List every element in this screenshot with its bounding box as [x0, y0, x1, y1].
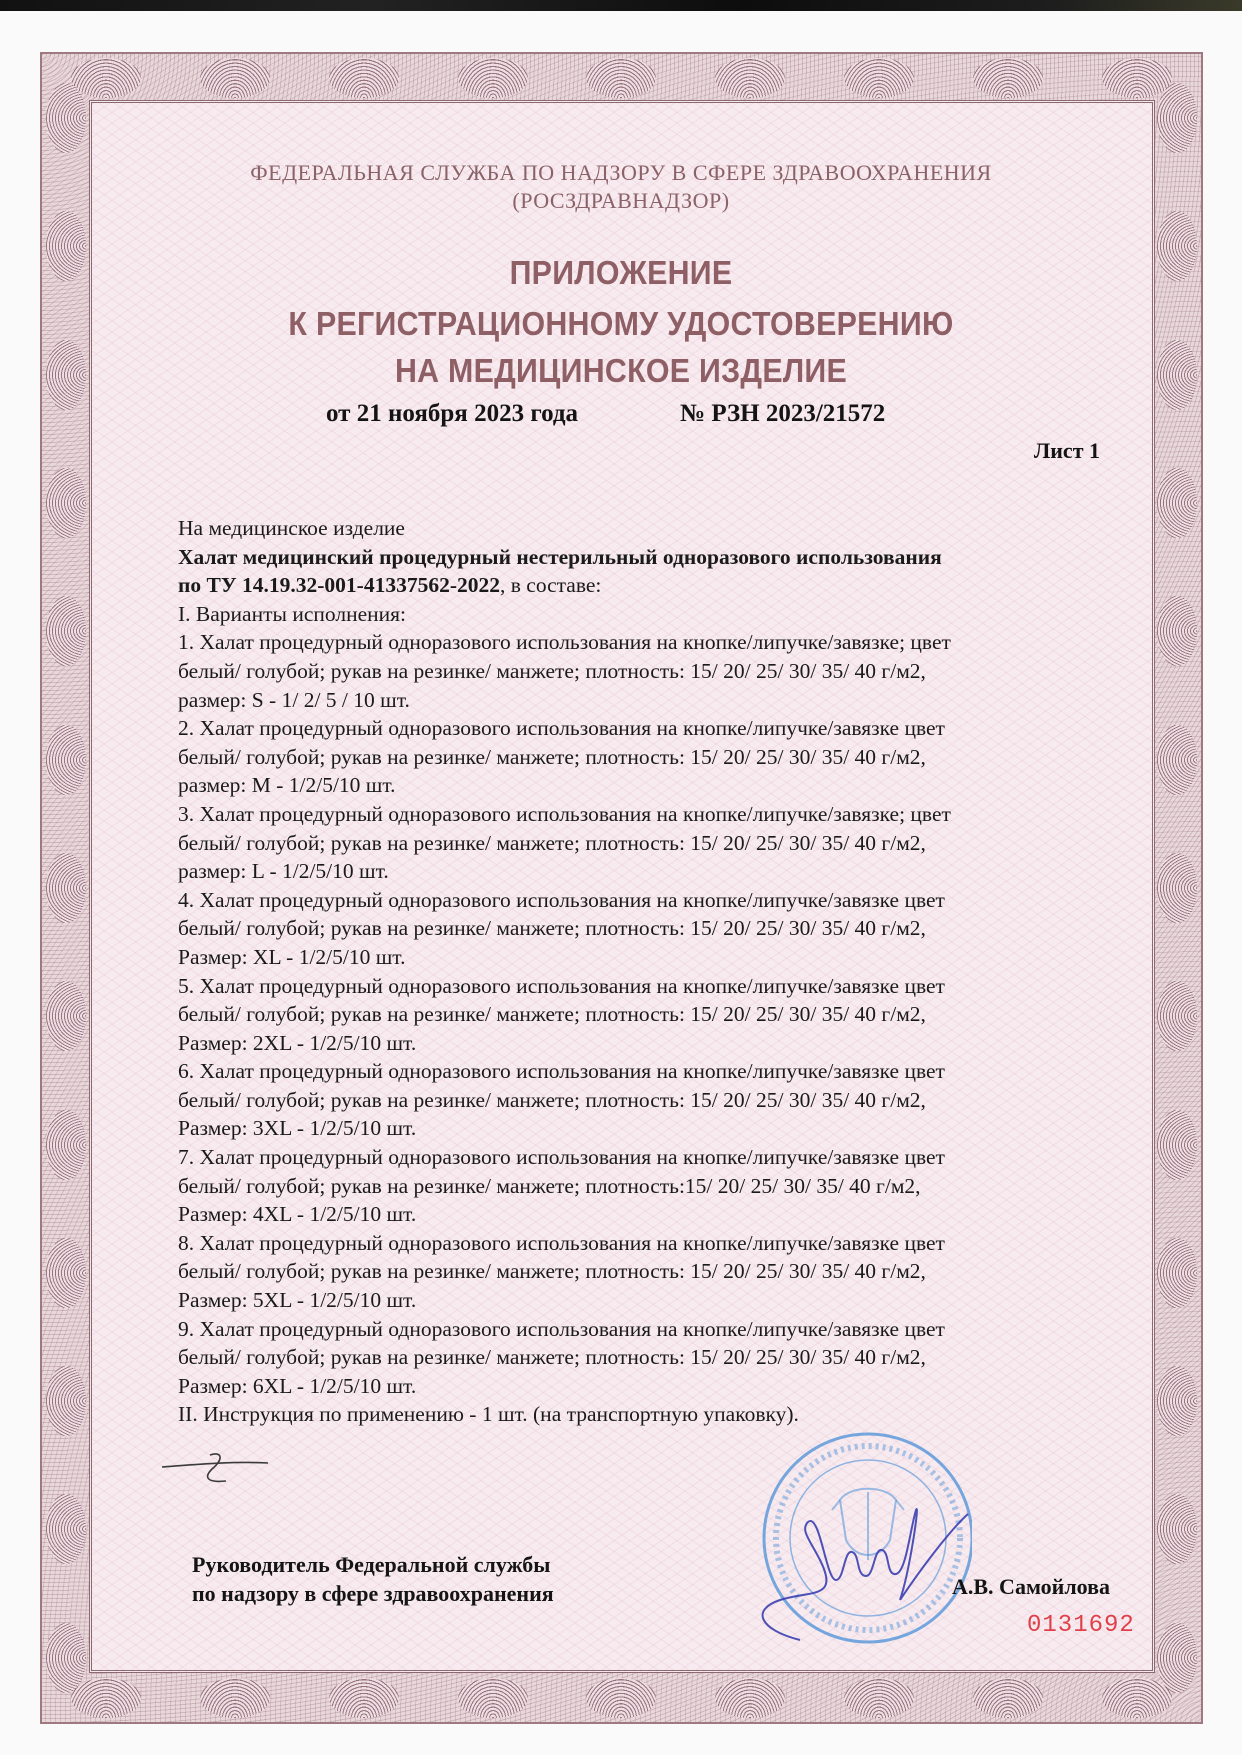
handwritten-initial-icon: [160, 1445, 270, 1495]
variant-item: 1. Халат процедурный одноразового исполь…: [178, 628, 1098, 714]
issue-date: от 21 ноября 2023 года: [326, 400, 578, 428]
guilloche-ornament-top: [42, 54, 1201, 102]
variant-item: 6. Халат процедурный одноразового исполь…: [178, 1057, 1098, 1143]
product-spec-code: по ТУ 14.19.32-001-41337562-2022: [178, 573, 500, 597]
guilloche-ornament-bottom: [42, 1674, 1201, 1722]
signer-position-line1: Руководитель Федеральной службы: [192, 1550, 554, 1579]
variant-item: 9. Халат процедурный одноразового исполь…: [178, 1315, 1098, 1401]
variant-item: 5. Халат процедурный одноразового исполь…: [178, 972, 1098, 1058]
signer-name: А.В. Самойлова: [952, 1574, 1110, 1600]
official-seal-icon: [740, 1430, 972, 1656]
variant-item: 3. Халат процедурный одноразового исполь…: [178, 800, 1098, 886]
product-spec: по ТУ 14.19.32-001-41337562-2022, в сост…: [178, 571, 1098, 600]
intro-text: На медицинское изделие: [178, 514, 1098, 543]
sheet-number: Лист 1: [1034, 438, 1100, 464]
variant-item: 7. Халат процедурный одноразового исполь…: [178, 1143, 1098, 1229]
signer-position-line2: по надзору в сфере здравоохранения: [192, 1579, 554, 1608]
section-2-instructions: II. Инструкция по применению - 1 шт. (на…: [178, 1400, 1098, 1429]
agency-abbreviation: (РОСЗДРАВНАДЗОР): [0, 188, 1242, 214]
signer-position: Руководитель Федеральной службы по надзо…: [192, 1550, 554, 1608]
agency-name: ФЕДЕРАЛЬНАЯ СЛУЖБА ПО НАДЗОРУ В СФЕРЕ ЗД…: [0, 160, 1242, 186]
document-title-line1: ПРИЛОЖЕНИЕ: [50, 254, 1193, 292]
registration-number: № РЗН 2023/21572: [680, 400, 885, 428]
scan-edge: [0, 0, 1242, 11]
product-spec-suffix: , в составе:: [500, 573, 601, 597]
form-serial-number: 0131692: [1027, 1612, 1135, 1639]
variant-item: 2. Халат процедурный одноразового исполь…: [178, 714, 1098, 800]
document-title-line3: НА МЕДИЦИНСКОЕ ИЗДЕЛИЕ: [50, 352, 1193, 390]
product-name: Халат медицинский процедурный нестерильн…: [178, 543, 1098, 572]
document-title-line2: К РЕГИСТРАЦИОННОМУ УДОСТОВЕРЕНИЮ: [50, 305, 1193, 343]
variant-item: 4. Халат процедурный одноразового исполь…: [178, 886, 1098, 972]
document-body: На медицинское изделие Халат медицинский…: [178, 514, 1098, 1429]
section-1-title: I. Варианты исполнения:: [178, 600, 1098, 629]
variant-item: 8. Халат процедурный одноразового исполь…: [178, 1229, 1098, 1315]
